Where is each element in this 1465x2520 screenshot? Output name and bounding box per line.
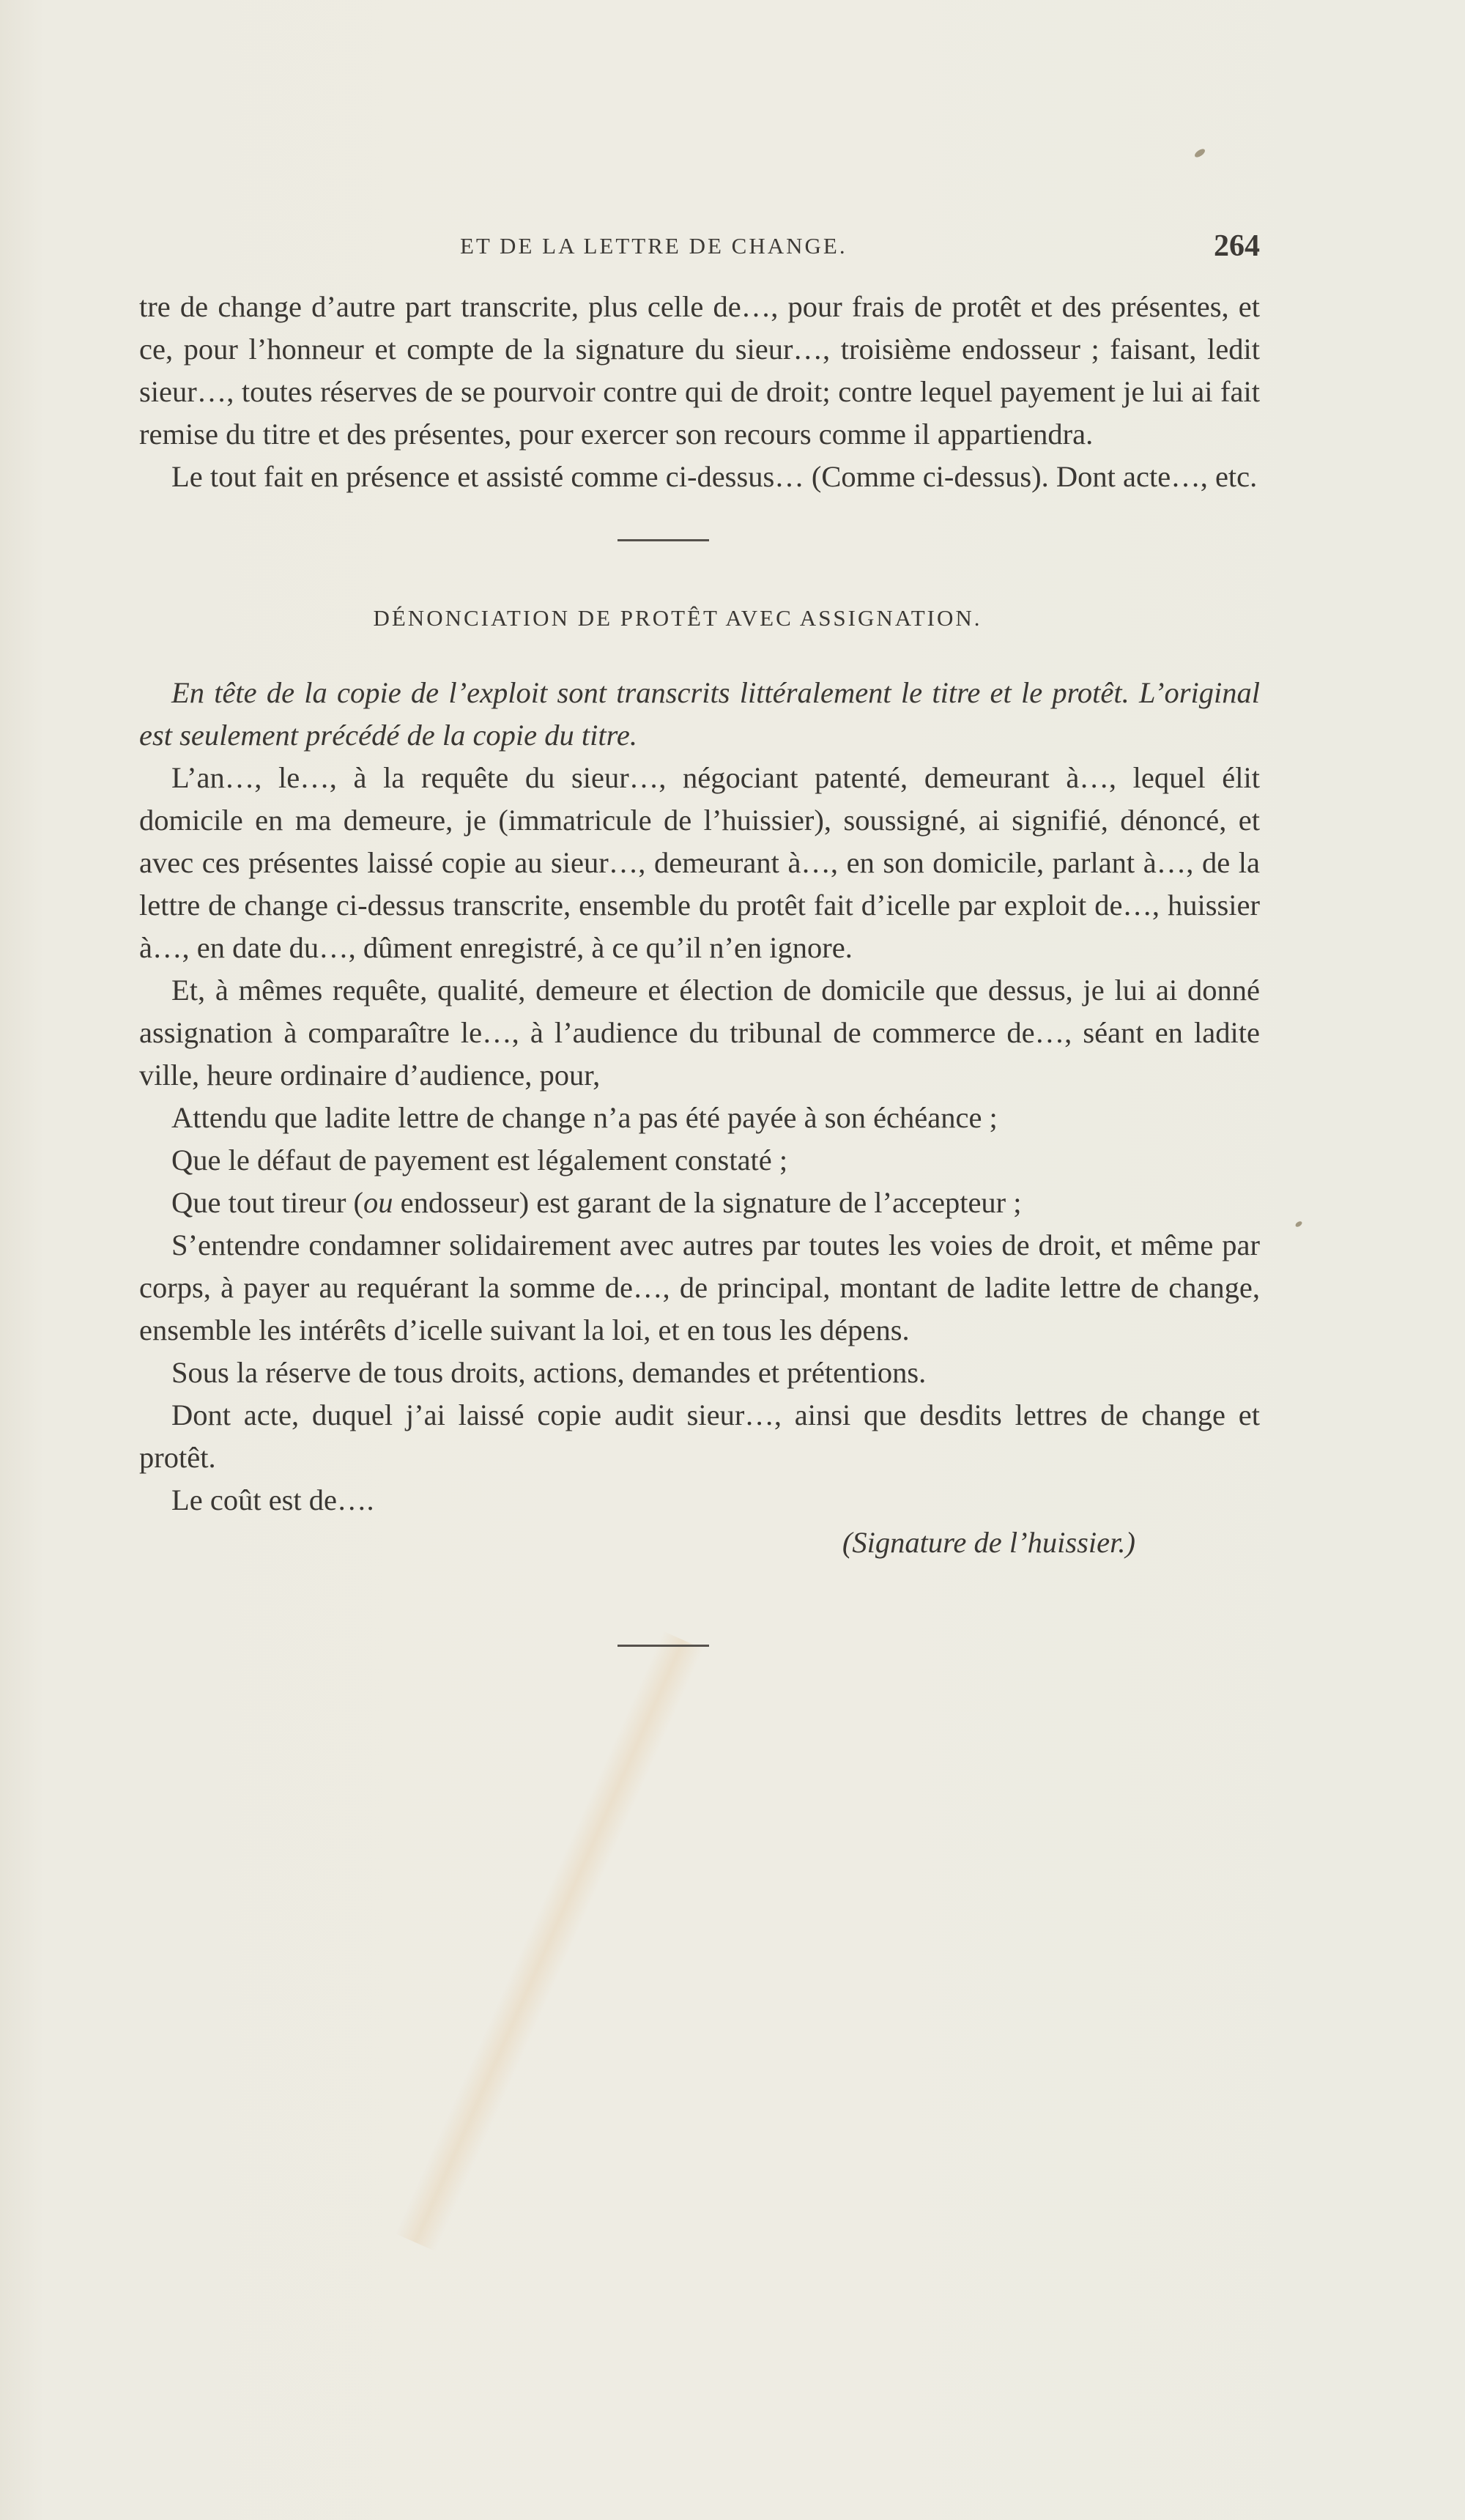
section-heading: DÉNONCIATION DE PROTÊT AVEC ASSIGNATION. (117, 597, 1238, 640)
end-divider (617, 1645, 709, 1647)
paper-fleck (1294, 1220, 1303, 1228)
section-paragraph-tireur: Que tout tireur (ou endosseur) est garan… (139, 1182, 1260, 1224)
section-paragraph: Et, à mêmes requête, qualité, demeure et… (139, 969, 1260, 1097)
section-paragraph: Le coût est de…. (139, 1479, 1260, 1522)
section-paragraph: Que le défaut de payement est légalement… (139, 1139, 1260, 1182)
section-paragraph: Dont acte, duquel j’ai laissé copie audi… (139, 1394, 1260, 1479)
continuation-paragraph: tre de change d’autre part transcrite, p… (139, 286, 1260, 456)
page-number: 264 (1214, 229, 1260, 264)
book-page: ET DE LA LETTRE DE CHANGE. 264 tre de ch… (0, 0, 1465, 2520)
paper-stain (396, 1631, 704, 2252)
section-divider (617, 539, 709, 541)
tireur-text-after: endosseur) est garant de la signature de… (393, 1186, 1022, 1219)
continuation-paragraph: Le tout fait en présence et assisté comm… (139, 456, 1260, 498)
tireur-text-italic: ou (363, 1186, 393, 1219)
paper-fleck (1193, 147, 1206, 159)
running-head: ET DE LA LETTRE DE CHANGE. 264 (139, 233, 1260, 270)
running-title: ET DE LA LETTRE DE CHANGE. (460, 233, 848, 259)
section-paragraph: Attendu que ladite lettre de change n’a … (139, 1097, 1260, 1139)
signature-line: (Signature de l’huissier.) (139, 1522, 1260, 1564)
section-intro: En tête de la copie de l’exploit sont tr… (139, 672, 1260, 757)
section-paragraph: L’an…, le…, à la requête du sieur…, négo… (139, 757, 1260, 969)
tireur-text-before: Que tout tireur ( (171, 1186, 363, 1219)
section-paragraph: S’entendre condamner solidairement avec … (139, 1224, 1260, 1352)
body-text: tre de change d’autre part transcrite, p… (139, 286, 1260, 1647)
section-paragraph: Sous la réserve de tous droits, actions,… (139, 1352, 1260, 1394)
